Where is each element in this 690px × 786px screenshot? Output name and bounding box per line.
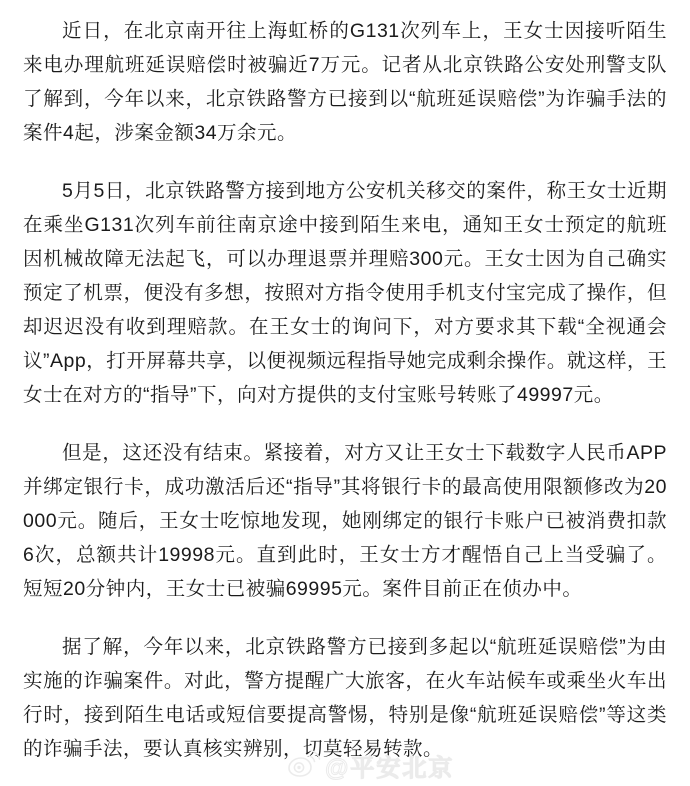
article-paragraph-4: 据了解，今年以来，北京铁路警方已接到多起以“航班延误赔偿”为由实施的诈骗案件。对… bbox=[23, 630, 667, 766]
article-paragraph-2: 5月5日，北京铁路警方接到地方公安机关移交的案件，称王女士近期在乘坐G131次列… bbox=[23, 174, 667, 412]
article-page: 近日，在北京南开往上海虹桥的G131次列车上，王女士因接听陌生来电办理航班延误赔… bbox=[0, 0, 690, 786]
article: 近日，在北京南开往上海虹桥的G131次列车上，王女士因接听陌生来电办理航班延误赔… bbox=[23, 14, 667, 766]
article-paragraph-3: 但是，这还没有结束。紧接着，对方又让王女士下载数字人民币APP并绑定银行卡，成功… bbox=[23, 436, 667, 606]
article-paragraph-1: 近日，在北京南开往上海虹桥的G131次列车上，王女士因接听陌生来电办理航班延误赔… bbox=[23, 14, 667, 150]
